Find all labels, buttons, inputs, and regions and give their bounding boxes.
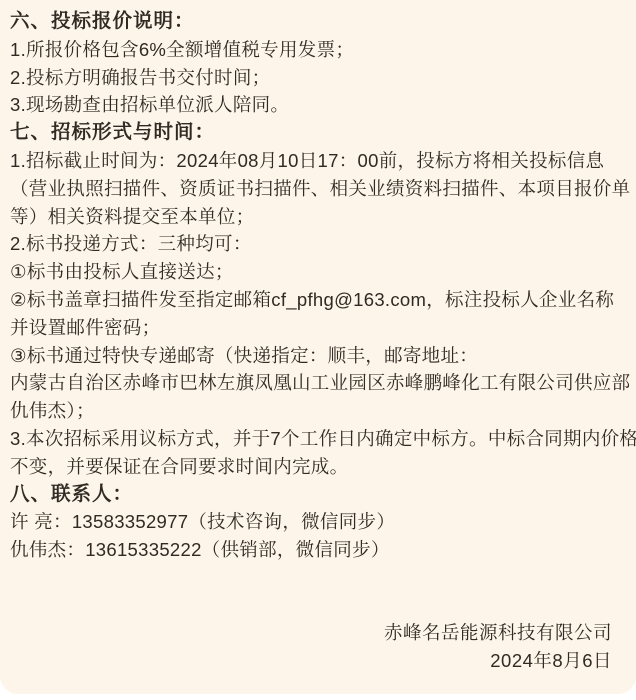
signature-company: 赤峰名岳能源科技有限公司 <box>10 619 612 647</box>
document-line: 1.招标截止时间为：2024年08月10日17：00前，投标方将相关投标信息 <box>10 147 616 175</box>
section-heading: 七、招标形式与时间： <box>10 119 616 147</box>
document-panel: 六、投标报价说明：1.所报价格包含6%全额增值税专用发票；2.投标方明确报告书交… <box>0 0 636 694</box>
document-line: 2.投标方明确报告书交付时间； <box>10 64 616 92</box>
page: { "page": { "panel_background": "#fdf5e9… <box>0 0 636 700</box>
document-line: ③标书通过特快专递邮寄（快递指定：顺丰，邮寄地址： <box>10 342 616 370</box>
document-line: 内蒙古自治区赤峰市巴林左旗凤凰山工业园区赤峰鹏峰化工有限公司供应部 <box>10 369 616 397</box>
document-line: 1.所报价格包含6%全额增值税专用发票； <box>10 36 616 64</box>
signature-block: 赤峰名岳能源科技有限公司 2024年8月6日 <box>10 619 616 675</box>
document-line: 3.现场勘查由招标单位派人陪同。 <box>10 91 616 119</box>
signature-date: 2024年8月6日 <box>10 647 612 675</box>
document-line: ①标书由投标人直接送达； <box>10 258 616 286</box>
document-line: （营业执照扫描件、资质证书扫描件、相关业绩资料扫描件、本项目报价单 <box>10 175 616 203</box>
document-line: 2.标书投递方式：三种均可： <box>10 230 616 258</box>
document-line: 许 亮：13583352977（技术咨询，微信同步） <box>10 508 616 536</box>
document-line: 仇伟杰：13615335222（供销部，微信同步） <box>10 536 616 564</box>
document-line: 等）相关资料提交至本单位； <box>10 203 616 231</box>
section-heading: 八、联系人： <box>10 481 616 509</box>
document-line: 并设置邮件密码； <box>10 314 616 342</box>
document-line: 3.本次招标采用议标方式，并于7个工作日内确定中标方。中标合同期内价格 <box>10 425 616 453</box>
section-heading: 六、投标报价说明： <box>10 8 616 36</box>
document-body: 六、投标报价说明：1.所报价格包含6%全额增值税专用发票；2.投标方明确报告书交… <box>10 8 616 564</box>
document-line: ②标书盖章扫描件发至指定邮箱cf_pfhg@163.com，标注投标人企业名称 <box>10 286 616 314</box>
document-line: 不变，并要保证在合同要求时间内完成。 <box>10 453 616 481</box>
document-line: 仇伟杰）； <box>10 397 616 425</box>
